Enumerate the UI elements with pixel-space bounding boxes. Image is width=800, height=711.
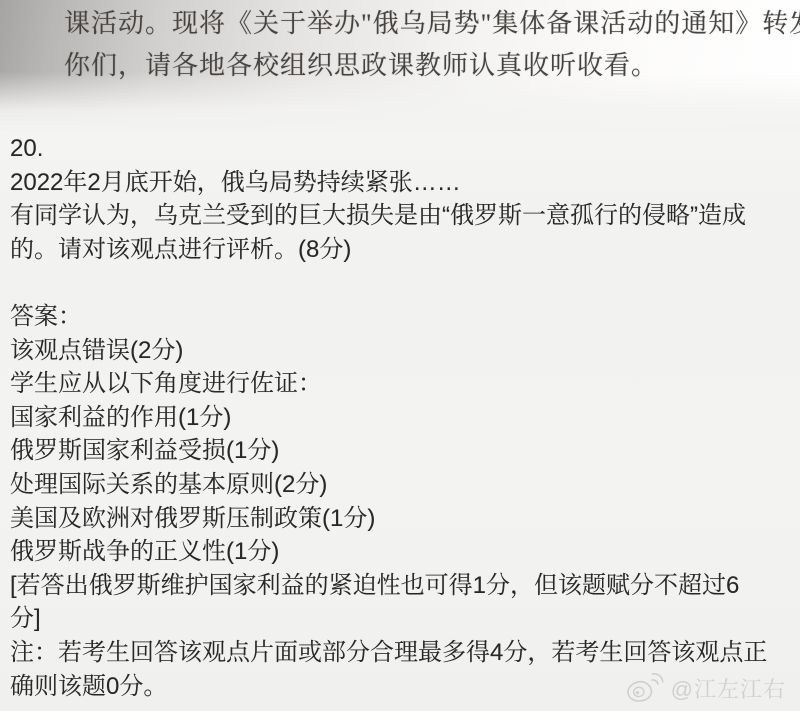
answer-line: 该观点错误(2分) [10,334,796,368]
watermark-handle: @江左江右 [671,673,786,704]
answer-line: 处理国际关系的基本原则(2分) [10,468,796,502]
photo-excerpt-line-1: 课活动。现将《关于举办"俄乌局势"集体备课活动的通知》转发 [64,0,800,42]
weibo-icon [623,670,667,707]
answer-line: 美国及欧洲对俄罗斯压制政策(1分) [10,502,796,536]
question-and-answer-text: 20. 2022年2月底开始，俄乌局势持续紧张…… 有同学认为，乌克兰受到的巨大… [10,132,796,703]
answer-line: 俄罗斯战争的正义性(1分) [10,535,796,569]
answer-line: 俄罗斯国家利益受损(1分) [10,434,796,468]
blank-line [10,266,796,300]
answer-line: 分] [10,602,796,636]
answer-line: 国家利益的作用(1分) [10,401,796,435]
question-context: 2022年2月底开始，俄乌局势持续紧张…… [10,166,796,200]
answer-line: [若答出俄罗斯维护国家利益的紧迫性也可得1分，但该题赋分不超过6 [10,569,796,603]
exam-document-photo: 课活动。现将《关于举办"俄乌局势"集体备课活动的通知》转发 你们，请各地各校组织… [0,0,800,711]
question-number: 20. [10,132,796,166]
answer-line: 注：若考生回答该观点片面或部分合理最多得4分，若考生回答该观点正 [10,636,796,670]
photo-excerpt: 课活动。现将《关于举办"俄乌局势"集体备课活动的通知》转发 你们，请各地各校组织… [0,0,800,130]
photo-excerpt-line-2: 你们，请各地各校组织思政课教师认真收听收看。 [64,42,800,84]
answer-heading: 答案： [10,300,796,334]
answer-line: 学生应从以下角度进行佐证： [10,367,796,401]
question-prompt-line-2: 的。请对该观点进行评析。(8分) [10,233,796,267]
question-prompt-line-1: 有同学认为，乌克兰受到的巨大损失是由“俄罗斯一意孤行的侵略”造成 [10,199,796,233]
watermark: @江左江右 [624,671,786,705]
